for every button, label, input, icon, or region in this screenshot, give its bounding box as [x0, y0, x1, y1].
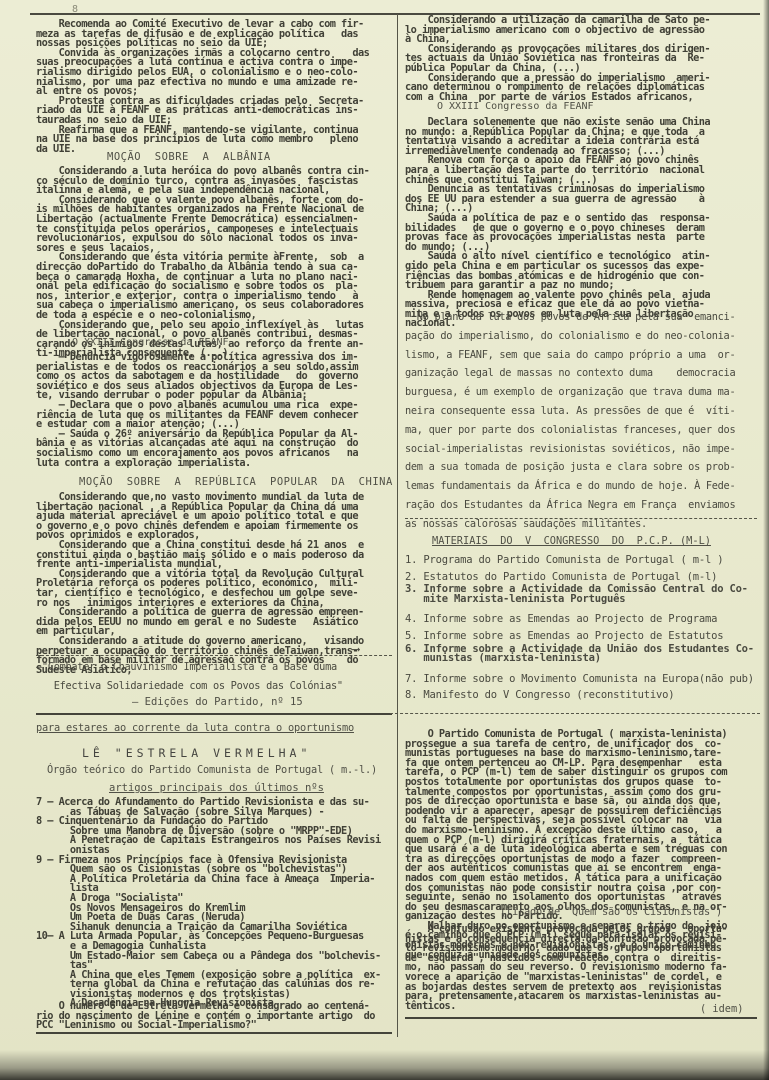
document-page: 8 Recomenda ao Comité Executivo de levar…: [0, 0, 769, 1080]
materials-list-item: 6. Informe sobre a Actividade da União d…: [405, 645, 754, 664]
materials-list-item: 4. Informe sobre as Emendas ao Projecto …: [405, 611, 754, 628]
article-list: 7 — Acerca do Afundamento do Partido Rev…: [36, 798, 381, 1009]
divider: [405, 518, 757, 519]
materials-title: MATERIAIS DO V CONGRESSO DO P.C.P. (M-L): [432, 535, 711, 547]
confusao-article-source: ( idem): [700, 1003, 743, 1015]
congress-albania-text: — Denuncia vigorosamente a política agre…: [36, 353, 358, 468]
intro-resolutions: Recomenda ao Comité Executivo de levar a…: [36, 20, 369, 154]
feanf-commentary: No plano da luta dos povos de África pel…: [405, 308, 735, 534]
congress-label-china: O XXIII Congresso da FEANF: [437, 101, 594, 112]
congress-china-declarations: Declara solenemente que não existe senão…: [405, 118, 710, 329]
scan-edge-shadow: [0, 1050, 769, 1080]
materials-list-item: 1. Programa do Partido Comunista de Port…: [405, 552, 754, 569]
china-motion-title: MOÇÃO SOBRE A REPÚBLICA POPULAR DA CHINA: [79, 476, 393, 488]
scan-edge-shadow: [763, 0, 769, 1080]
china-motion-text: Considerando que,no vasto movimento mund…: [36, 493, 364, 675]
pcp-article-source: (tirado de "Quem são os Cisionistas"): [500, 906, 722, 918]
divider: [36, 1032, 392, 1034]
china-motion-continued: Considerando a utilização da camarilha d…: [405, 16, 710, 102]
divider: [36, 713, 392, 715]
quote-box: —"Combater o Chauvinismo Imperialista é …: [36, 658, 343, 696]
ad-tagline: para estares ao corrente da luta contra …: [36, 722, 354, 734]
ad-list-title: artigos principais dos últimos nºs: [109, 782, 324, 794]
divider: [36, 655, 392, 656]
ad-subtitle: Órgão teórico do Partido Comunista de Po…: [47, 764, 377, 776]
albania-motion-text: Considerando a luta heróica do povo alba…: [36, 167, 369, 359]
continue-arrow-icon: ⟶: [352, 642, 359, 656]
quote-source: — Edições do Partido, nº 15: [132, 696, 303, 708]
congress-label-albania: O XXIII Congresso da FEANF: [72, 337, 229, 348]
materials-list-item: 8. Manifesto do V Congresso (reconstitut…: [405, 687, 754, 704]
column-divider: [397, 14, 398, 1037]
divider: [405, 1017, 757, 1019]
materials-list-item: 7. Informe sobre o Movimento Comunista n…: [405, 671, 754, 688]
materials-list: 1. Programa do Partido Comunista de Port…: [405, 552, 754, 704]
albania-motion-title: MOÇÃO SOBRE A ALBÂNIA: [107, 151, 271, 163]
ad-title: LÊ "ESTRELA VERMELHA": [82, 746, 311, 760]
closing-note: O número 6 de Estrela Vermelha é consagr…: [36, 1002, 375, 1031]
materials-list-item: 3. Informe sobre a Actividade da Comissã…: [405, 585, 754, 604]
confusao-article: A confusão existente provocada pelos gru…: [405, 925, 727, 1011]
divider: [390, 713, 760, 714]
